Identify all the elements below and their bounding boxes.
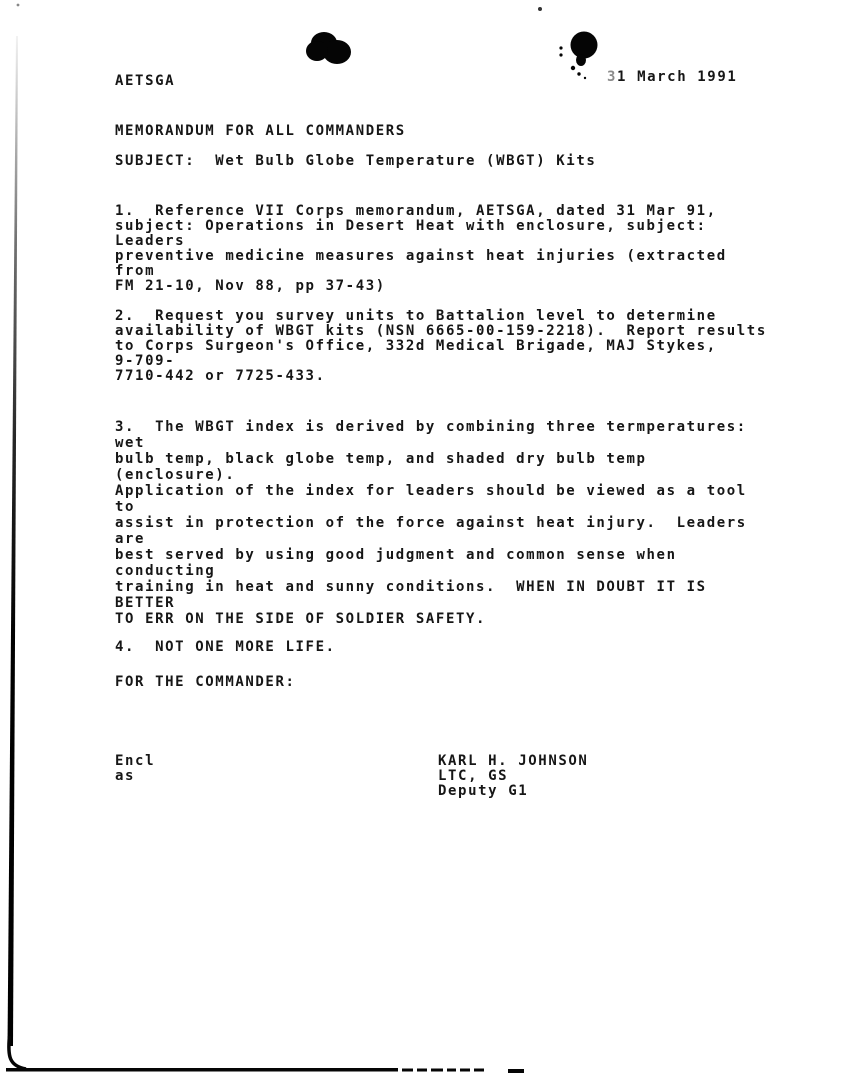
subject-line: SUBJECT: Wet Bulb Globe Temperature (WBG… (115, 154, 596, 169)
page-bottom-edge-line (6, 1068, 524, 1073)
closing-line: FOR THE COMMANDER: (115, 675, 296, 690)
scan-speck-icon (17, 4, 542, 11)
paragraph-3: 3. The WBGT index is derived by combinin… (115, 419, 747, 627)
signature-block: KARL H. JOHNSON LTC, GS Deputy G1 (438, 754, 588, 799)
scanned-memo-page: AETSGA 31 March 1991 MEMORANDUM FOR ALL … (0, 0, 850, 1078)
page-edge-line (8, 36, 19, 1046)
page-corner-curve (9, 1036, 26, 1069)
memo-date: 31 March 1991 (607, 70, 737, 85)
ink-blob-left-icon (306, 32, 351, 64)
ink-blob-right-icon (559, 32, 597, 80)
enclosure-block: Encl as (115, 754, 155, 784)
paragraph-1: 1. Reference VII Corps memorandum, AETSG… (115, 204, 727, 294)
paragraph-4: 4. NOT ONE MORE LIFE. (115, 640, 336, 655)
paragraph-2: 2. Request you survey units to Battalion… (115, 309, 767, 384)
office-symbol: AETSGA (115, 74, 175, 89)
memo-address-line: MEMORANDUM FOR ALL COMMANDERS (115, 124, 406, 139)
